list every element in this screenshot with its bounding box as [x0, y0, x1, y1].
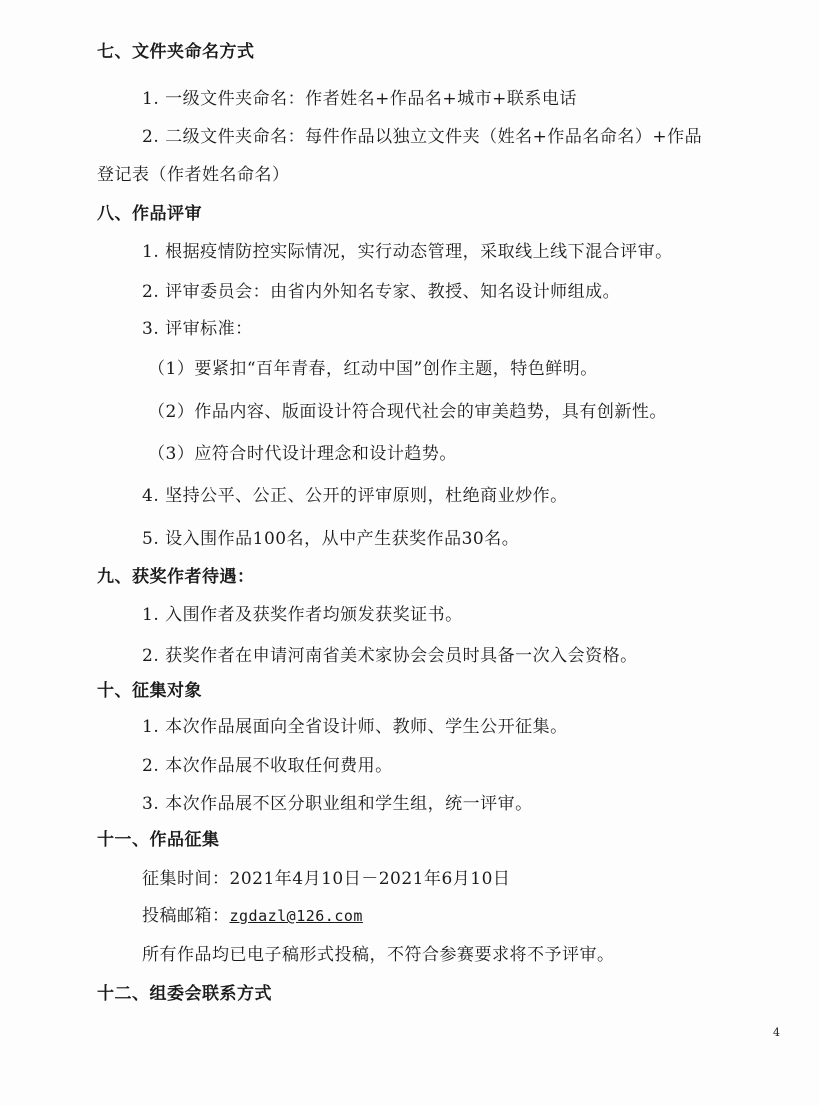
- sub-list-item: （3）应符合时代设计理念和设计趋势。: [148, 443, 457, 465]
- submission-note: 所有作品均已电子稿形式投稿，不符合参赛要求将不予评审。: [142, 944, 615, 966]
- list-item-continuation: 登记表（作者姓名命名）: [97, 164, 290, 186]
- list-item: 4. 坚持公平、公正、公开的评审原则，杜绝商业炒作。: [142, 485, 568, 507]
- collection-period: 征集时间：2021年4月10日－2021年6月10日: [142, 868, 510, 890]
- email-link[interactable]: zgdazl@126.com: [230, 907, 363, 925]
- period-value: 2021年4月10日－2021年6月10日: [230, 869, 511, 889]
- section-heading-8: 八、作品评审: [97, 203, 202, 225]
- list-item: 1. 入围作者及获奖作者均颁发获奖证书。: [142, 604, 463, 626]
- sub-list-item: （1）要紧扣“百年青春，红动中国”创作主题，特色鲜明。: [148, 358, 598, 380]
- list-item: 3. 本次作品展不区分职业组和学生组，统一评审。: [142, 793, 533, 815]
- list-item: 1. 根据疫情防控实际情况，实行动态管理，采取线上线下混合评审。: [142, 241, 673, 263]
- submission-email: 投稿邮箱：zgdazl@126.com: [142, 905, 363, 927]
- email-label: 投稿邮箱：: [142, 906, 230, 926]
- section-heading-11: 十一、作品征集: [97, 829, 220, 851]
- list-item: 3. 评审标准：: [142, 318, 253, 340]
- list-item: 1. 本次作品展面向全省设计师、教师、学生公开征集。: [142, 716, 568, 738]
- list-item: 2. 获奖作者在申请河南省美术家协会会员时具备一次入会资格。: [142, 645, 638, 667]
- list-item: 2. 本次作品展不收取任何费用。: [142, 755, 393, 777]
- page-number: 4: [773, 1026, 780, 1039]
- document-page: 七、文件夹命名方式 1. 一级文件夹命名：作者姓名+作品名+城市+联系电话 2.…: [0, 0, 819, 1106]
- section-heading-9: 九、获奖作者待遇：: [97, 566, 255, 588]
- section-heading-7: 七、文件夹命名方式: [97, 41, 255, 63]
- list-item: 2. 二级文件夹命名：每件作品以独立文件夹（姓名+作品名命名）+作品: [142, 126, 702, 148]
- list-item: 2. 评审委员会：由省内外知名专家、教授、知名设计师组成。: [142, 281, 620, 303]
- period-label: 征集时间：: [142, 869, 230, 889]
- section-heading-10: 十、征集对象: [97, 680, 202, 702]
- list-item: 1. 一级文件夹命名：作者姓名+作品名+城市+联系电话: [142, 88, 577, 110]
- list-item: 5. 设入围作品100名，从中产生获奖作品30名。: [142, 528, 519, 550]
- section-heading-12: 十二、组委会联系方式: [97, 983, 272, 1005]
- sub-list-item: （2）作品内容、版面设计符合现代社会的审美趋势，具有创新性。: [148, 401, 667, 423]
